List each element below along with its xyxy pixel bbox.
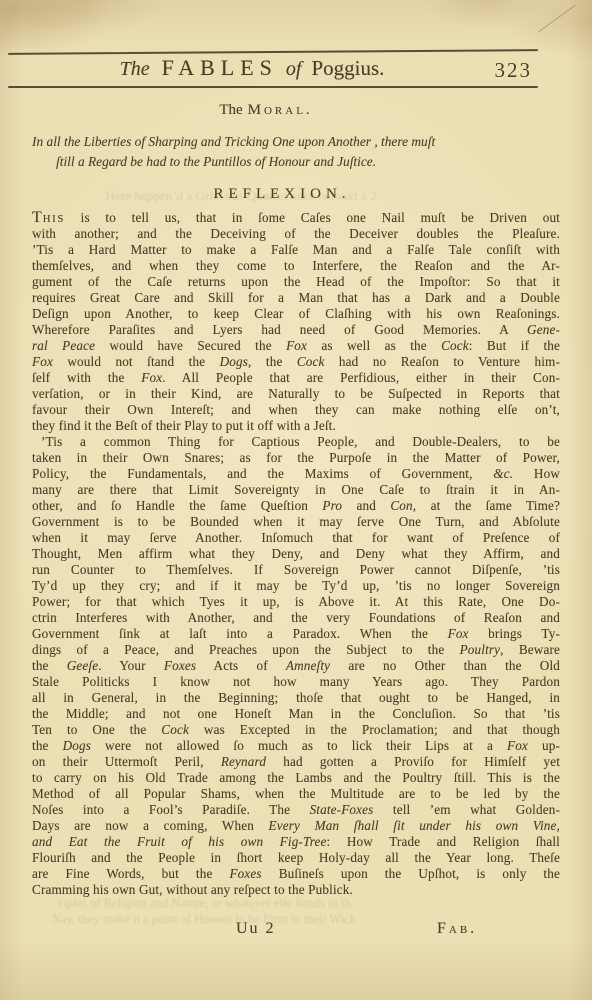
body-line: Fox would not ſtand the Dogs, the Cock h… — [32, 354, 560, 370]
body-line: the Dogs were not allowed ſo much as to … — [32, 738, 560, 754]
body-line: Flouriſh and the People in ſhort keep Ho… — [32, 850, 560, 866]
body-line: Method of all Popular Shams, when the Mu… — [32, 786, 560, 802]
body-line: Policy, the Fundamentals, and the Maxims… — [32, 466, 560, 482]
body-line: when it may ſerve Another. Inſomuch that… — [32, 530, 560, 546]
body-line: Ty’d up they cry; and if it may be Ty’d … — [32, 578, 560, 594]
page-footer: Uu 2 Fab. — [32, 920, 560, 942]
page-number: 323 — [495, 58, 533, 83]
header-rule-top — [8, 49, 538, 55]
body-line: the Geeſe. Your Foxes Acts of Amneſty ar… — [32, 658, 560, 674]
body-line: the Middle; and not one Honeſt Man in th… — [32, 706, 560, 722]
body-line: Government ſink at laſt into a Paradox. … — [32, 626, 560, 642]
page-content: TheMoral. In all the Liberties of Sharpi… — [32, 100, 560, 942]
body-line: all in General, in the Beginning; thoſe … — [32, 690, 560, 706]
body-line: other, and ſo Handle the ſame Queſtion P… — [32, 498, 560, 514]
body-line: Noſes into a Fool’s Paradiſe. The State-… — [32, 802, 560, 818]
moral-text-line: ſtill a Regard be had to the Puntillos o… — [32, 152, 560, 172]
moral-heading-the: The — [219, 102, 242, 118]
page-header: The FABLES of Poggius. 323 — [30, 55, 538, 85]
title-word-the: The — [120, 58, 150, 80]
page-header-title: The FABLES of Poggius. — [120, 55, 385, 81]
book-page: Here happen’d a Grievous Quarrel once be… — [0, 0, 592, 1000]
moral-heading-word: Moral. — [248, 102, 313, 118]
body-line: ſelf with the Fox. All People that are P… — [32, 370, 560, 386]
body-line: Deſign upon Another, to keep Clear of Cl… — [32, 306, 560, 322]
body-line: Thought, Men affirm what they Deny, and … — [32, 546, 560, 562]
signature-mark: Uu 2 — [236, 920, 276, 938]
body-line: ’Tis a Hard Matter to make a Falſe Man a… — [32, 242, 560, 258]
header-rule-bottom — [8, 86, 538, 88]
body-line: dings of a Peace, and Preaches upon the … — [32, 642, 560, 658]
body-line: ral Peace would have Secured the Fox as … — [32, 338, 560, 354]
body-line: are Fine Words, but the Foxes Buſineſs u… — [32, 866, 560, 882]
body-line: with another; and the Deceiving of the D… — [32, 226, 560, 242]
body-line: on their Uttermoſt Peril, Reynard had go… — [32, 754, 560, 770]
body-line: to carry on his Old Trade among the Lamb… — [32, 770, 560, 786]
body-line: favour their Own Intereſt; and when they… — [32, 402, 560, 418]
body-line: requires Great Care and Skill for a Man … — [32, 290, 560, 306]
title-word-author: Poggius. — [311, 56, 384, 80]
body-line: Ten to One the Cock was Excepted in the … — [32, 722, 560, 738]
title-word-fables: FABLES — [162, 55, 278, 80]
body-line: Cramming his own Gut, without any reſpec… — [32, 882, 560, 898]
body-line: Wherefore Paraſites and Lyers had need o… — [32, 322, 560, 338]
body-line: and Eat the Fruit of his own Fig-Tree: H… — [32, 834, 560, 850]
moral-heading: TheMoral. — [2, 102, 530, 119]
body-line: Days are now a coming, When Every Man ſh… — [32, 818, 560, 834]
body-text: THIS is to tell us, that in ſome Caſes o… — [32, 210, 560, 898]
body-line: ctrin Interferes with Another, and the v… — [32, 610, 560, 626]
body-line: THIS is to tell us, that in ſome Caſes o… — [32, 210, 560, 226]
body-line: gument of the Caſe returns upon the Head… — [32, 274, 560, 290]
body-line: verſation, or in their Kind, are Natural… — [32, 386, 560, 402]
crease-mark — [538, 5, 576, 33]
moral-text-line: In all the Liberties of Sharping and Tri… — [32, 132, 560, 152]
body-line: Government is to be Bounded when it may … — [32, 514, 560, 530]
body-line: many are there that Limit Sovereignty in… — [32, 482, 560, 498]
body-line: ’Tis a common Thing for Captious People,… — [32, 434, 560, 450]
catchword: Fab. — [437, 920, 477, 938]
body-line: run Counter to Themſelves. If Sovereign … — [32, 562, 560, 578]
body-line: Stale Politicks I know not how many Year… — [32, 674, 560, 690]
body-line: Power; for that which Tyes it up, is Abo… — [32, 594, 560, 610]
title-word-of: of — [286, 58, 302, 80]
body-line: themſelves, and when they come to Interf… — [32, 258, 560, 274]
reflexion-heading: REFLEXION. — [18, 186, 546, 203]
body-line: taken in their Own Snares; as for the Pu… — [32, 450, 560, 466]
body-line: they find it the Beſt of their Play to p… — [32, 418, 560, 434]
